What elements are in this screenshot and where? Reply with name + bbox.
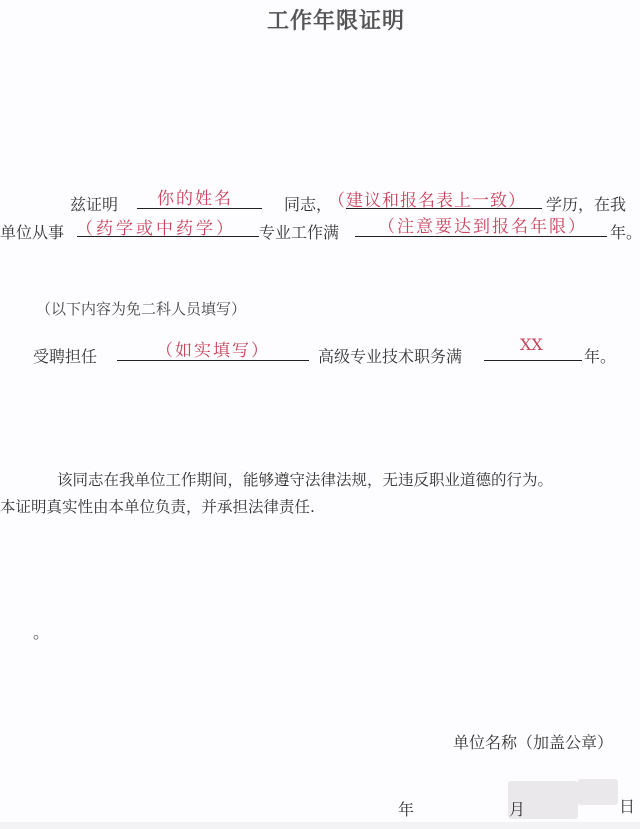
date-day-label: 日 xyxy=(619,794,635,817)
name-hint: 你的姓名 xyxy=(157,184,233,209)
stray-period: 。 xyxy=(33,620,49,643)
exempt-note: （以下内容为免二科人员填写） xyxy=(36,298,246,319)
work-years-hint: （注意要达到报名年限） xyxy=(378,212,587,237)
para2-prefix: 受聘担任 xyxy=(33,344,97,367)
para1-work-text: 专业工作满 xyxy=(259,220,339,243)
date-month-label: 月 xyxy=(509,797,525,820)
page-bottom-edge xyxy=(0,822,640,829)
unit-name-label: 单位名称（加盖公章） xyxy=(453,730,613,753)
para1-year-suffix: 年。 xyxy=(610,220,640,243)
para1-prefix: 兹证明 xyxy=(70,192,118,215)
major-hint: （药学或中药学） xyxy=(76,214,236,239)
position-hint: （如实填写） xyxy=(156,336,270,361)
redaction-smudge-2 xyxy=(578,779,618,805)
document-title: 工作年限证明 xyxy=(16,4,640,35)
para2-suffix: 年。 xyxy=(584,344,616,367)
para3-line1: 该同志在我单位工作期间，能够遵守法律法规，无违反职业道德的行为。 xyxy=(57,468,553,490)
para1-line2-prefix: 单位从事 xyxy=(0,220,64,243)
para2-mid-text: 高级专业技术职务满 xyxy=(318,344,462,367)
para1-tongzhi: 同志， xyxy=(284,192,332,215)
position-years-value: XX xyxy=(520,335,543,354)
date-year-label: 年 xyxy=(398,797,414,820)
education-hint: （建议和报名表上一致） xyxy=(328,186,526,211)
para3-line2: 本证明真实性由本单位负责，并承担法律责任. xyxy=(0,495,315,517)
